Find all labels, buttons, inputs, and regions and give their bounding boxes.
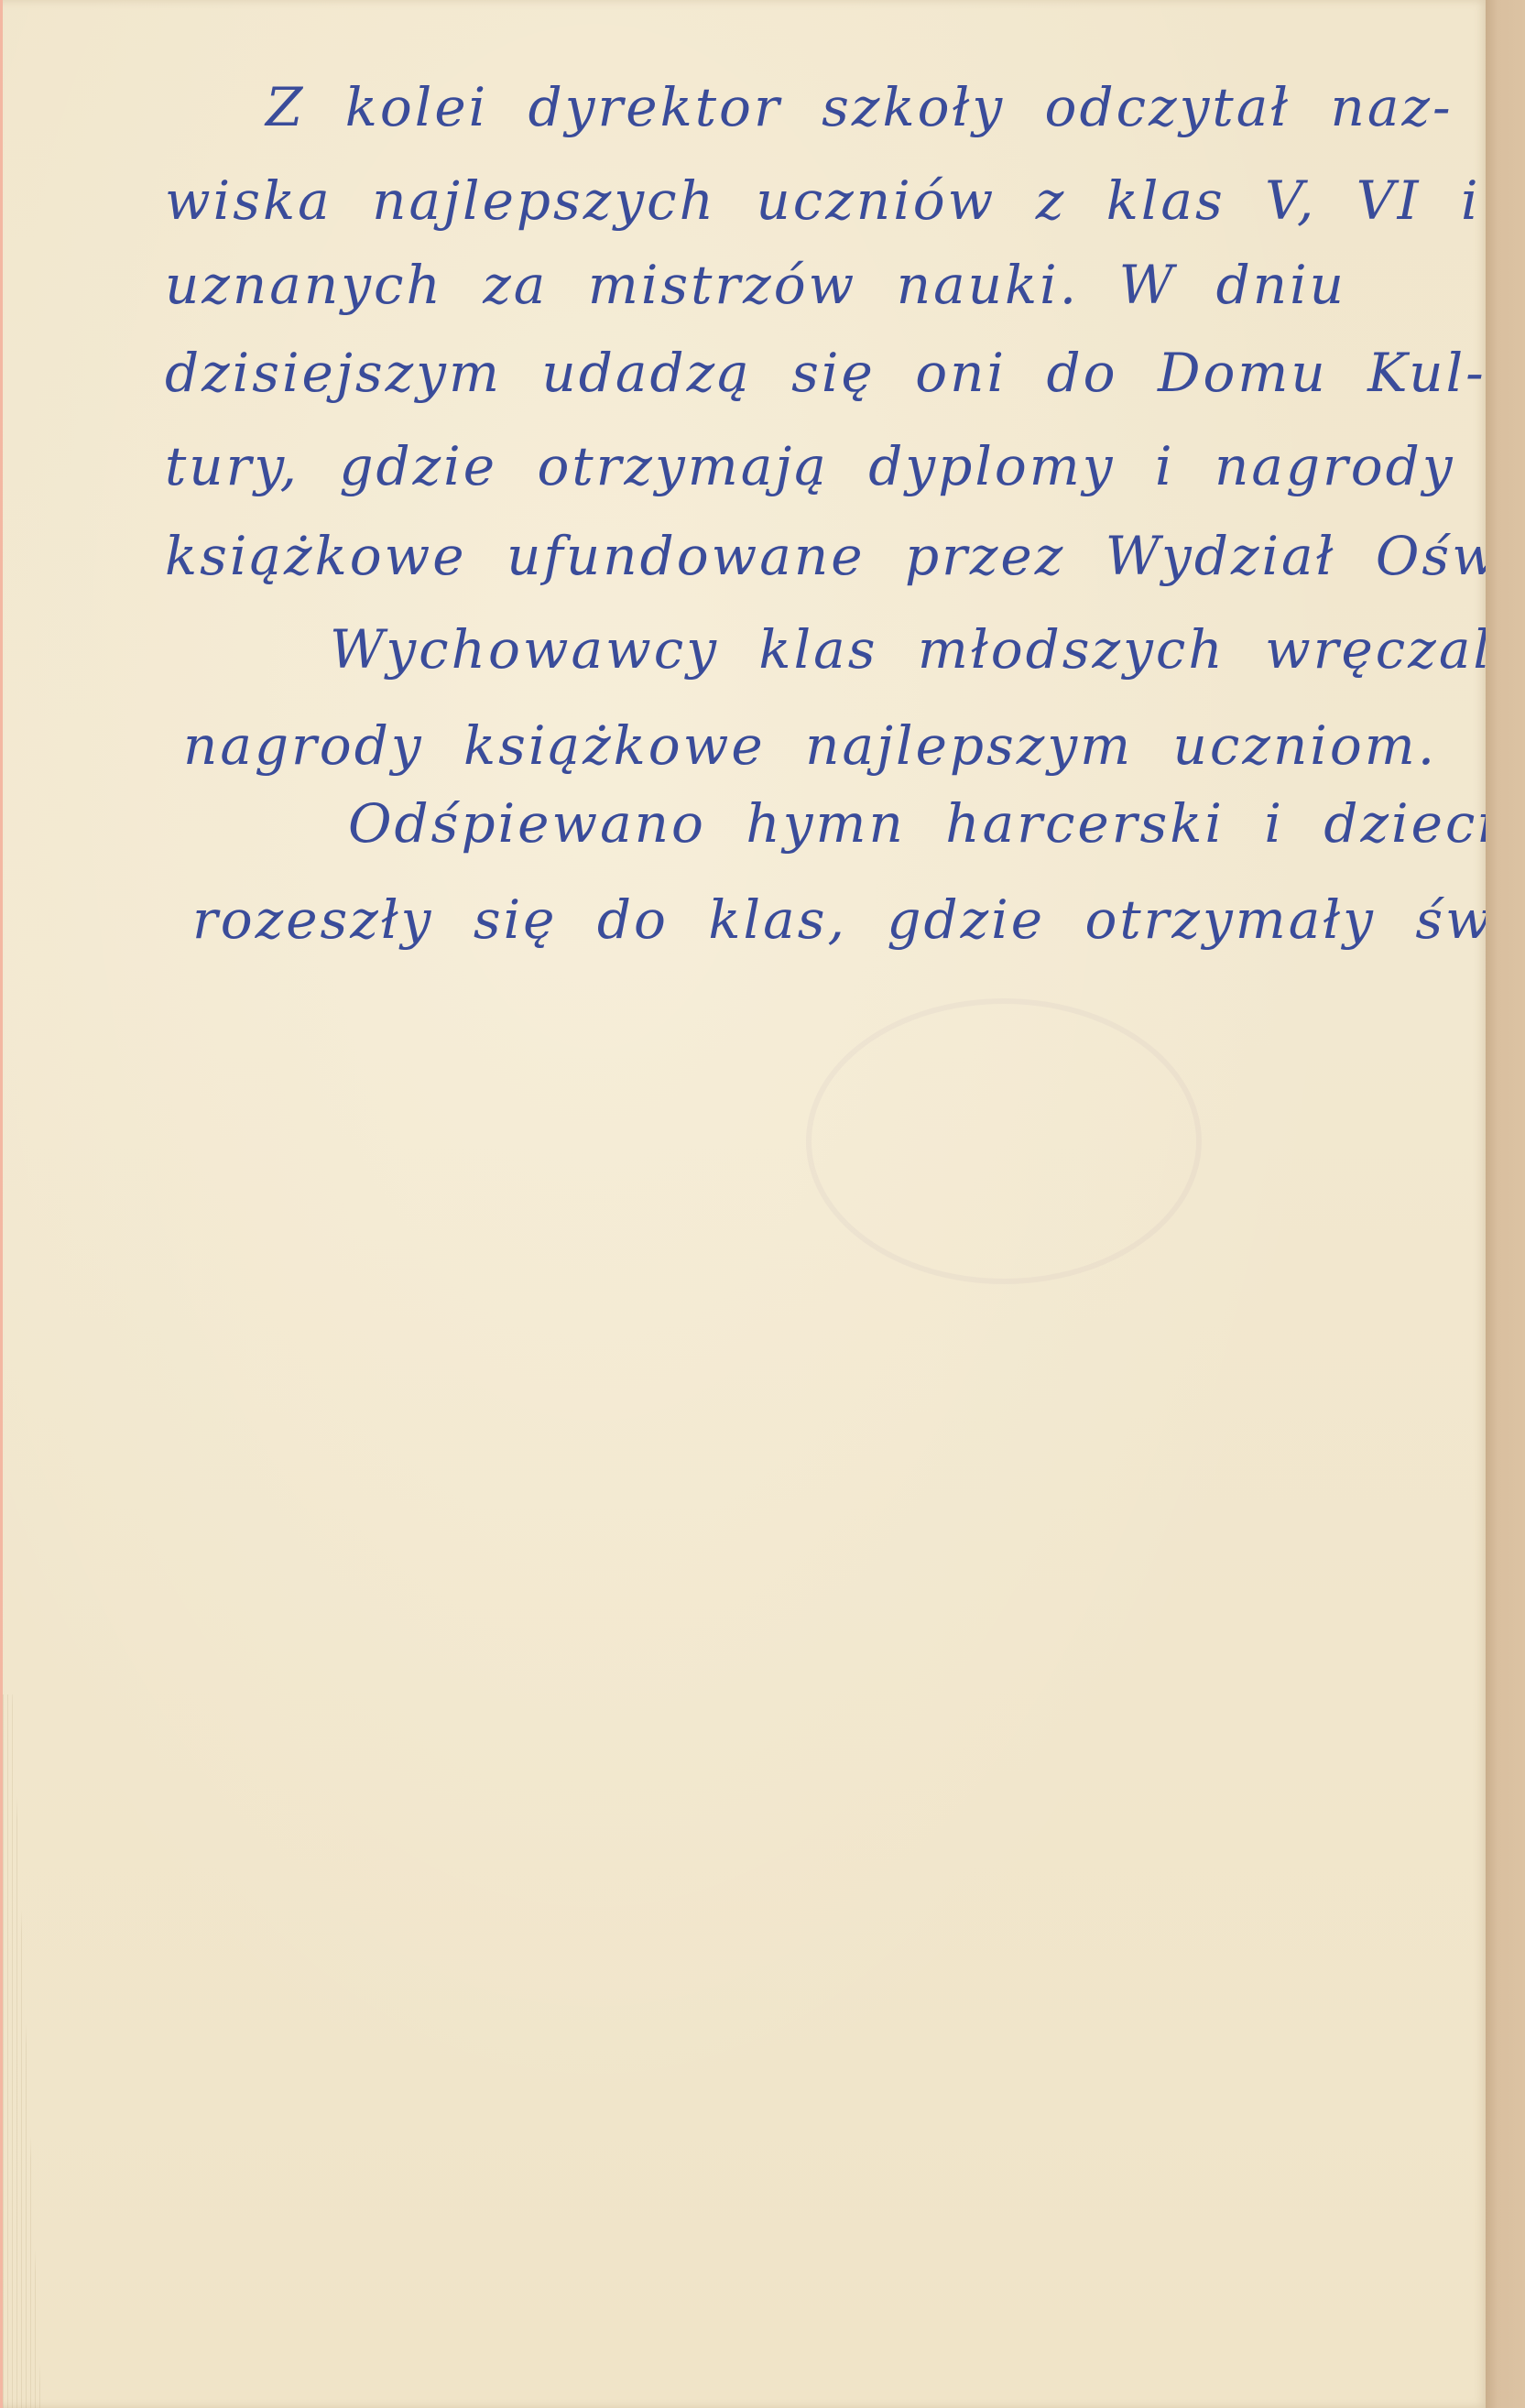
book-gutter (1486, 0, 1525, 2408)
text-line-5: tury, gdzie otrzymają dyplomy i nagrody (165, 440, 1455, 493)
text-line-1: Z kolei dyrektor szkoły odczytał naz- (266, 81, 1454, 134)
text-line-6: książkowe ufundowane przez Wydział Oświa… (165, 529, 1525, 583)
text-line-7: Wychowawcy klas młodszych wręczali (330, 623, 1513, 676)
text-line-2: wiska najlepszych uczniów z klas V, VI i… (165, 174, 1525, 227)
notebook-page: Z kolei dyrektor szkoły odczytał naz- wi… (0, 0, 1488, 2408)
text-line-4: dzisiejszym udadzą się oni do Domu Kul- (165, 346, 1487, 399)
text-line-3: uznanych za mistrzów nauki. W dniu (165, 258, 1346, 311)
text-line-10: rozeszły się do klas, gdzie otrzymały św… (192, 893, 1525, 946)
handwritten-text: Z kolei dyrektor szkoły odczytał naz- wi… (0, 0, 1488, 1008)
text-line-8: nagrody książkowe najlepszym uczniom. (183, 719, 1437, 772)
page-stack-edges (3, 1694, 41, 2408)
text-line-9: Odśpiewano hymn harcerski i dzieci (348, 797, 1498, 850)
faint-bleedthrough-stamp (806, 998, 1202, 1284)
